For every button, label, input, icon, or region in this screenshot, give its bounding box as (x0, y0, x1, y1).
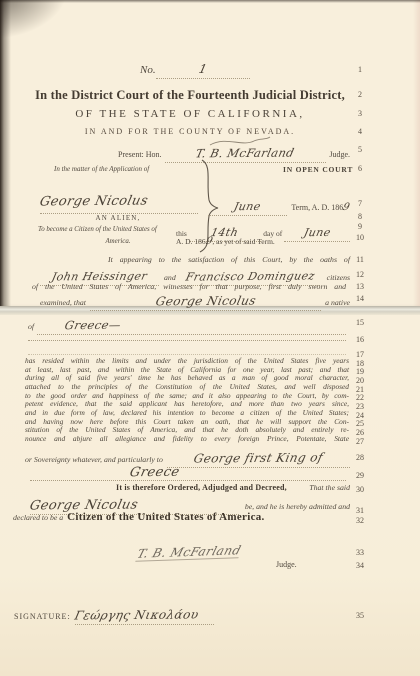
term-year-handwriting: 9 (342, 202, 351, 213)
and-label: and (164, 273, 176, 282)
line-number: 26 (352, 428, 368, 437)
line-number: 13 (352, 282, 368, 291)
line-number: 4 (352, 127, 368, 136)
county-title: IN AND FOR THE COUNTY OF NEVADA. (25, 127, 355, 136)
judge-name-field: T. B. McFarland (165, 144, 327, 163)
signature-line: SIGNATURE: Γεώργης Νικολάου (14, 606, 214, 625)
of-said-term-label: , as yet of said Term. (212, 237, 274, 246)
applicant-signature-handwriting: Γεώργης Νικολάου (73, 607, 200, 622)
line-number: 17 (352, 350, 368, 359)
country-handwriting: Greece— (63, 318, 122, 332)
line-number: 33 (352, 548, 368, 557)
line-number: 9 (352, 222, 368, 231)
judge-signature-handwriting: T. B. McFarland (135, 543, 243, 562)
citizen-title: Citizen of the United States of America. (67, 511, 264, 523)
applicant-name-handwriting: George Nicolus (38, 194, 149, 210)
judge-signature-line: T. B. McFarland (138, 543, 273, 561)
line-number: 28 (352, 453, 368, 462)
sovereign-country-line: Greece (30, 463, 346, 481)
line-number: 11 (352, 255, 368, 264)
decree-blackletter: It is therefore Ordered, Adjudged and De… (116, 483, 287, 492)
case-number-line: No. 1 (140, 60, 250, 79)
ad-line: A. D. 1869 , as yet of said Term. (176, 236, 352, 247)
line-number: 31 (352, 506, 368, 515)
examined-label: examined, that (40, 298, 86, 307)
oath-intro: It appearing to the satisfaction of this… (108, 255, 350, 264)
line-number: 15 (352, 318, 368, 327)
country-field: Greece— (37, 316, 346, 335)
term-month-handwriting: June (233, 200, 263, 213)
signature-field: Γεώργης Νικολάου (75, 606, 214, 625)
ad-printed-label: A. D. 186 (176, 237, 206, 246)
alien-label: AN ALIEN, (58, 214, 178, 222)
term-line: June Term, A. D. 1869 (208, 197, 350, 216)
case-number-field: 1 (156, 60, 250, 79)
declared-label: declared to be a (13, 513, 63, 522)
line-number: 10 (352, 233, 368, 242)
native-label: a native (325, 298, 350, 307)
case-number: 1 (197, 62, 208, 76)
of-label: of (28, 322, 34, 331)
paragraph-line: nounce and abjure all allegiance and fid… (25, 435, 349, 444)
line-number: 23 (352, 402, 368, 411)
decree-line: It is therefore Ordered, Adjudged and De… (116, 483, 350, 492)
line-number: 7 (352, 199, 368, 208)
declared-line: declared to be a Citizen of the United S… (13, 511, 358, 523)
examined-name-handwriting: George Nicolus (154, 294, 257, 309)
line-number: 19 (352, 367, 368, 376)
examined-line: examined, that George Nicolus a native (40, 292, 350, 311)
line-number: 22 (352, 393, 368, 402)
judge-label-bottom: Judge. (276, 560, 297, 569)
judge-label: Judge. (329, 150, 350, 159)
decree-tail: That the said (309, 483, 350, 492)
term-printed-label: Term, A. D. 186 (291, 203, 343, 212)
line-number: 30 (352, 485, 368, 494)
signature-label: SIGNATURE: (14, 612, 71, 621)
state-title: OF THE STATE OF CALIFORNIA, (25, 108, 355, 120)
line-number: 29 (352, 471, 368, 480)
no-label: No. (140, 64, 156, 76)
open-court-label: IN OPEN COURT (283, 165, 353, 174)
blank-rule-17 (28, 353, 346, 355)
line-number: 6 (352, 164, 368, 173)
line-number: 8 (352, 212, 368, 221)
line-number: 25 (352, 419, 368, 428)
term-month-field: June (208, 197, 287, 216)
line-number: 32 (352, 516, 368, 525)
line-number: 27 (352, 437, 368, 446)
present-line: Present: Hon. T. B. McFarland Judge. (118, 144, 350, 163)
court-title: In the District Court of the Fourteenth … (25, 88, 355, 103)
examined-name-field: George Nicolus (90, 292, 321, 311)
applicant-name-line: George Nicolus (40, 194, 198, 214)
line-number: 3 (352, 109, 368, 118)
become-citizen-line1: To become a Citizen of the United States… (38, 226, 157, 233)
line-number: 5 (352, 145, 368, 154)
blank-rule-16 (28, 339, 346, 341)
citizens-label: citizens (327, 273, 350, 282)
line-number: 14 (352, 294, 368, 303)
line-number: 34 (352, 561, 368, 570)
residency-paragraph: has resided within the limits and under … (25, 357, 349, 444)
witness-line2: of the United States of America, witness… (32, 282, 346, 291)
become-citizen-line2: America. (58, 238, 178, 245)
line-number: 16 (352, 335, 368, 344)
matter-label: In the matter of the Application of (54, 165, 149, 173)
line-number: 12 (352, 270, 368, 279)
country-line: of Greece— (28, 316, 346, 335)
line-number: 2 (352, 90, 368, 99)
line-number: 20 (352, 376, 368, 385)
present-label: Present: Hon. (118, 150, 162, 159)
scanned-document: No. 1 In the District Court of the Fourt… (0, 0, 420, 676)
admitted-tail: be, and he is hereby admitted and (245, 502, 350, 511)
line-number: 35 (352, 611, 368, 620)
sovereign-country-handwriting: Greece (128, 465, 181, 480)
line-number: 1 (352, 65, 368, 74)
